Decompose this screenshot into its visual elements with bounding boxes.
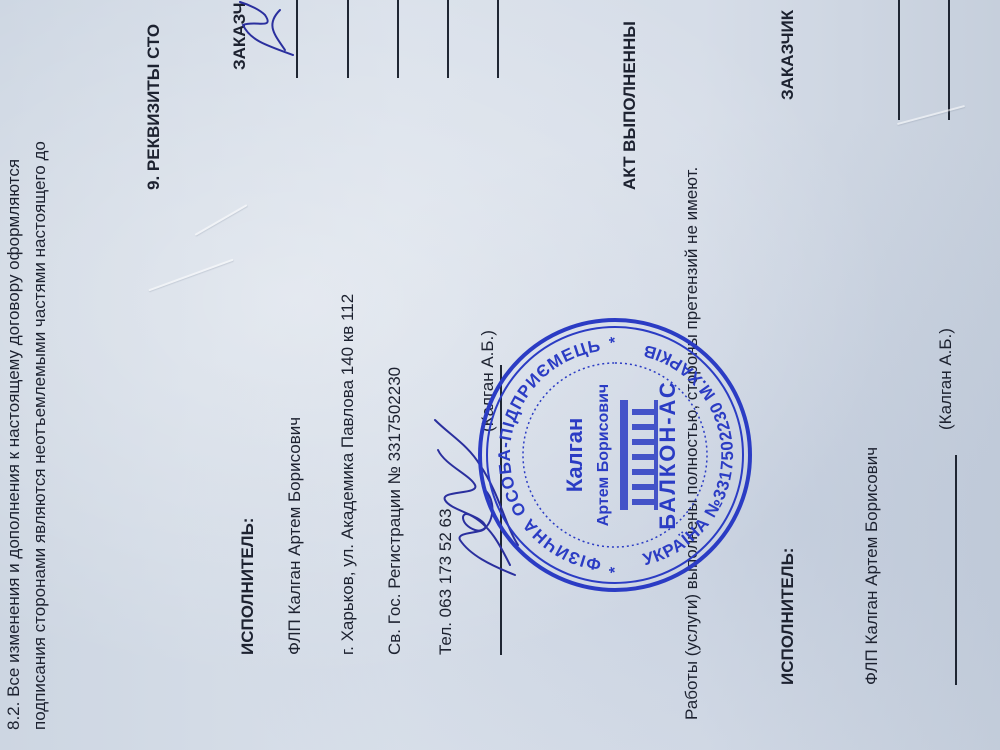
- stamp-balcony-icon: [620, 400, 658, 510]
- paper-crease: [148, 259, 233, 292]
- customer-blank-line-3: [447, 0, 449, 78]
- act-title: АКТ ВЫПОЛНЕННЫ: [620, 21, 640, 190]
- act-contractor-signature-caption: (Калган А.Б.): [936, 328, 956, 430]
- clause-8-2-line2: подписания сторонами являются неотъемлем…: [30, 141, 50, 730]
- company-stamp: ФІЗИЧНА ОСОБА-ПІДПРИЄМЕЦЬ УКРАЇНА №33175…: [470, 310, 760, 600]
- contractor-registration: Св. Гос. Регистрации № 3317502230: [385, 367, 405, 655]
- act-customer-label: ЗАКАЗЧИК: [778, 10, 798, 100]
- clause-8-2-line1: 8.2. Все изменения и дополнения к настоя…: [4, 159, 24, 730]
- contractor-name: ФЛП Калган Артем Борисович: [285, 417, 305, 655]
- customer-signature-line: [296, 0, 298, 78]
- document-photo: 8.2. Все изменения и дополнения к настоя…: [0, 0, 1000, 750]
- customer-blank-line-1: [347, 0, 349, 78]
- contract-page: 8.2. Все изменения и дополнения к настоя…: [0, 0, 1000, 750]
- paper-crease: [195, 204, 248, 236]
- stamp-center-line2: Артем Борисович: [595, 384, 612, 526]
- act-contractor-signature-line: [955, 455, 957, 685]
- act-customer-line-2: [948, 0, 950, 120]
- stamp-star-left: *: [607, 566, 624, 573]
- act-contractor-name: ФЛП Калган Артем Борисович: [862, 447, 882, 685]
- paper-crease: [897, 105, 965, 125]
- contractor-label: ИСПОЛНИТЕЛЬ:: [238, 518, 258, 655]
- act-contractor-label: ИСПОЛНИТЕЛЬ:: [778, 548, 798, 685]
- section-9-title: 9. РЕКВИЗИТЫ СТО: [144, 24, 164, 190]
- customer-signature: [235, 0, 295, 60]
- stamp-star-right: *: [607, 336, 624, 343]
- customer-blank-line-4: [497, 0, 499, 78]
- customer-blank-line-2: [397, 0, 399, 78]
- stamp-brand: БАЛКОН-АС: [655, 380, 680, 530]
- contractor-address: г. Харьков, ул. Академика Павлова 140 кв…: [338, 294, 358, 655]
- act-customer-line-1: [898, 0, 900, 120]
- stamp-center-line1: Калган: [562, 418, 587, 493]
